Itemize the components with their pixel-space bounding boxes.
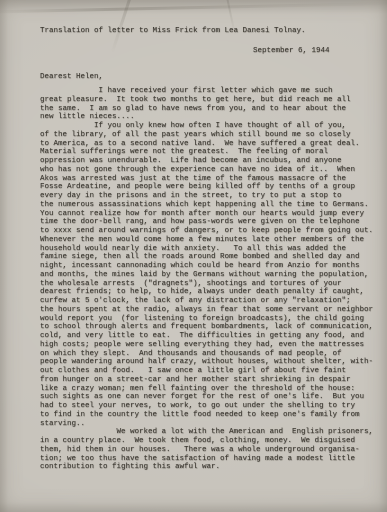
letter-body: I have received your first letter which …	[40, 87, 373, 472]
letter-date: September 6, 1944	[253, 47, 330, 56]
paper-crease	[0, 2, 387, 14]
letter-page: Translation of letter to Miss Frick from…	[0, 0, 387, 512]
letter-heading: Translation of letter to Miss Frick from…	[40, 27, 306, 36]
letter-salutation: Dearest Helen,	[40, 73, 103, 82]
